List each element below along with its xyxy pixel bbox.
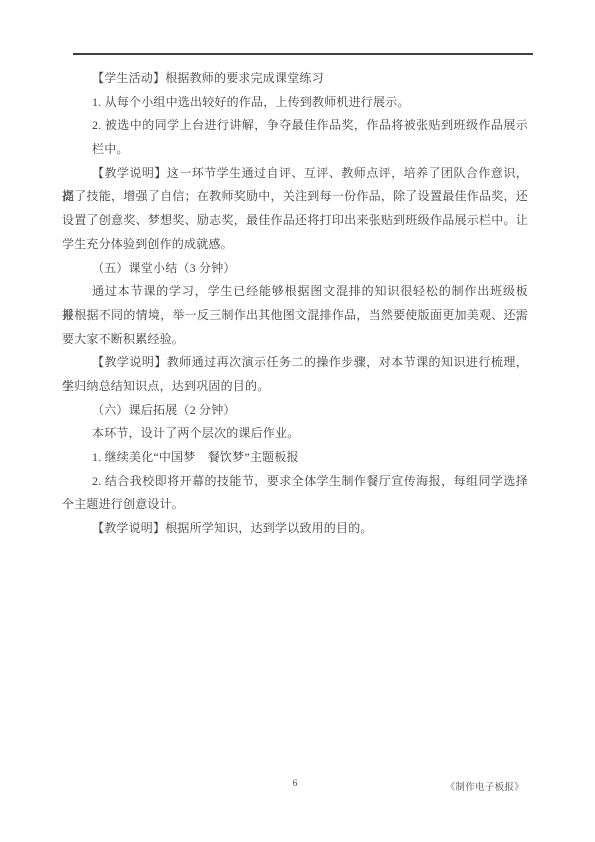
- footer-doc-title: 《制作电子板报》: [446, 779, 524, 793]
- document-page: 【学生活动】根据教师的要求完成课堂练习 1. 从每个小组中选出较好的作品，上传到…: [0, 0, 595, 842]
- activity-heading-line: 【学生活动】根据教师的要求完成课堂练习: [62, 67, 528, 91]
- teaching-note-line: 【教学说明】教师通过再次演示任务二的操作步骤，对本节课的知识进行梳理，学: [62, 351, 528, 375]
- section-heading: （六）课后拓展（2 分钟）: [62, 399, 528, 423]
- teaching-note-line: 【教学说明】这一环节学生通过自评、互评、教师点评，培养了团队合作意识，提: [62, 162, 528, 186]
- teaching-note-line: 学生充分体验到创作的成就感。: [62, 233, 528, 257]
- teaching-note-line: 高了技能，增强了自信；在教师奖励中，关注到每一份作品，除了设置最佳作品奖，还: [62, 185, 528, 209]
- header-rule: [73, 53, 533, 55]
- list-item-line: 2. 被选中的同学上台进行讲解，争夺最佳作品奖，作品将被张贴到班级作品展示: [62, 114, 528, 138]
- section-heading: （五）课堂小结（3 分钟）: [62, 257, 528, 281]
- teaching-note-line: 【教学说明】根据所学知识，达到学以致用的目的。: [62, 517, 528, 541]
- paragraph-line: 要大家不断积累经验。: [62, 328, 528, 352]
- list-item-wrap-line: 个主题进行创意设计。: [62, 493, 528, 517]
- page-footer: 6 《制作电子板报》: [62, 779, 528, 793]
- list-item-line: 1. 继续美化“中国梦 餐饮梦”主题板报: [62, 446, 528, 470]
- paragraph-line: 通过本节课的学习，学生已经能够根据图文混排的知识很轻松的制作出班级板报，: [62, 280, 528, 304]
- paragraph-line: 并根据不同的情境，举一反三制作出其他图文混排作品，当然要使版面更加美观、还需: [62, 304, 528, 328]
- page-body: 【学生活动】根据教师的要求完成课堂练习 1. 从每个小组中选出较好的作品，上传到…: [62, 67, 528, 541]
- teaching-note-line: 生归纳总结知识点，达到巩固的目的。: [62, 375, 528, 399]
- paragraph-line: 本环节，设计了两个层次的课后作业。: [62, 422, 528, 446]
- page-number: 6: [293, 779, 298, 789]
- list-item-wrap-line: 栏中。: [62, 138, 528, 162]
- list-item-line: 1. 从每个小组中选出较好的作品，上传到教师机进行展示。: [62, 91, 528, 115]
- list-item-line: 2. 结合我校即将开幕的技能节，要求全体学生制作餐厅宣传海报，每组同学选择一: [62, 470, 528, 494]
- teaching-note-line: 设置了创意奖、梦想奖、励志奖，最佳作品还将打印出来张贴到班级作品展示栏中。让: [62, 209, 528, 233]
